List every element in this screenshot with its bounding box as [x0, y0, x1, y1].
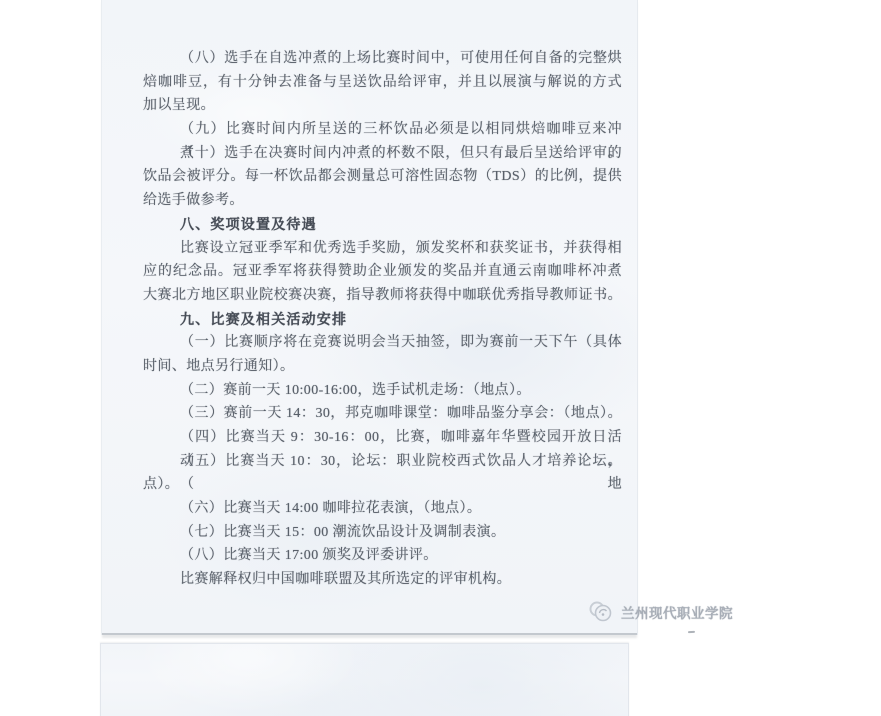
text-line: （十）选手在决赛时间内冲煮的杯数不限，但只有最后呈送给评审的	[143, 142, 622, 166]
scan-artifact	[688, 631, 695, 633]
scanned-page-2	[100, 643, 629, 716]
text-line: 时间、地点另行通知）。	[143, 355, 622, 379]
text-line: （八）比赛当天 17:00 颁奖及评委讲评。	[143, 544, 622, 568]
section-heading: 八、奖项设置及待遇	[143, 213, 622, 237]
text-line: 比赛解释权归中国咖啡联盟及其所选定的评审机构。	[143, 568, 622, 592]
text-line: 大赛北方地区职业院校赛决赛，指导教师将获得中咖联优秀指导教师证书。	[143, 284, 622, 308]
text-line: （一）比赛顺序将在竞赛说明会当天抽签，即为赛前一天下午（具体	[143, 331, 622, 355]
text-line: （四）比赛当天 9：30-16：00，比赛，咖啡嘉年华暨校园开放日活动。	[143, 426, 622, 450]
document-text: （八）选手在自选冲煮的上场比赛时间中，可使用任何自备的完整烘焙咖啡豆，有十分钟去…	[143, 47, 622, 592]
text-line: 加以呈现。	[143, 94, 622, 118]
school-name: 兰州现代职业学院	[621, 602, 733, 622]
text-line: （六）比赛当天 14:00 咖啡拉花表演，（地点）。	[143, 497, 622, 521]
section-heading: 九、比赛及相关活动安排	[143, 308, 622, 332]
text-line: （三）赛前一天 14：30，邦克咖啡课堂：咖啡品鉴分享会：（地点）。	[143, 402, 622, 426]
text-line: 比赛设立冠亚季军和优秀选手奖励，颁发奖杯和获奖证书，并获得相	[143, 237, 622, 261]
school-seal-icon	[588, 600, 614, 624]
text-line: 饮品会被评分。每一杯饮品都会测量总可溶性固态物（TDS）的比例，提供	[143, 165, 622, 189]
text-line: （五）比赛当天 10：30，论坛：职业院校西式饮品人才培养论坛，（地	[143, 450, 622, 474]
text-line: 应的纪念品。冠亚季军将获得赞助企业颁发的奖品并直通云南咖啡杯冲煮	[143, 260, 622, 284]
text-line: （二）赛前一天 10:00-16:00，选手试机走场：（地点）。	[143, 379, 622, 403]
text-line: 给选手做参考。	[143, 189, 622, 213]
scanned-page-1: （八）选手在自选冲煮的上场比赛时间中，可使用任何自备的完整烘焙咖啡豆，有十分钟去…	[102, 0, 637, 635]
school-watermark: 兰州现代职业学院	[588, 599, 733, 624]
text-line: （八）选手在自选冲煮的上场比赛时间中，可使用任何自备的完整烘	[143, 47, 622, 71]
text-line: （七）比赛当天 15：00 潮流饮品设计及调制表演。	[143, 521, 622, 545]
text-line: （九）比赛时间内所呈送的三杯饮品必须是以相同烘焙咖啡豆来冲煮。	[143, 118, 622, 142]
text-line: 焙咖啡豆，有十分钟去准备与呈送饮品给评审，并且以展演与解说的方式	[143, 71, 622, 95]
